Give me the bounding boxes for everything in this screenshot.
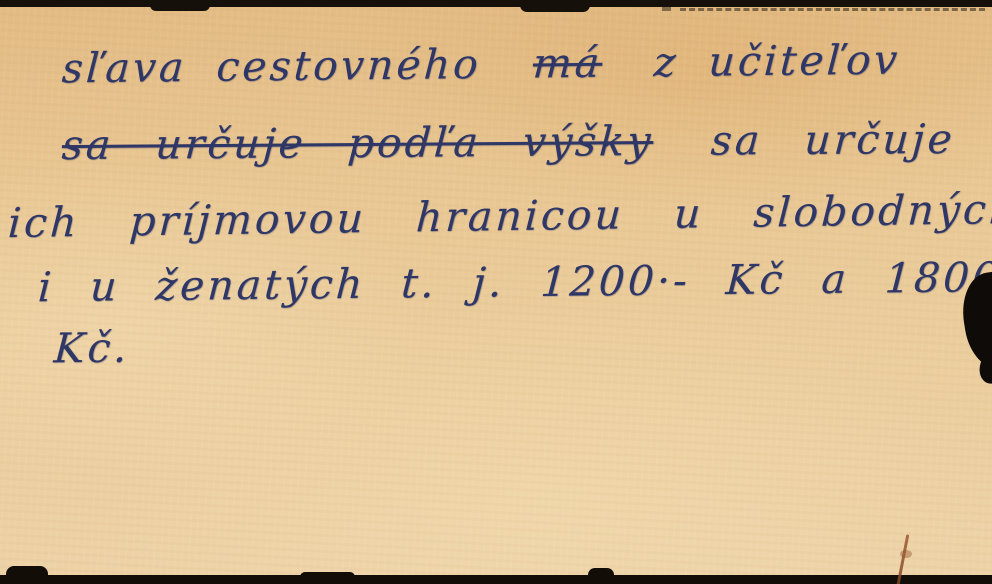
scan-edge-bottom-bump (588, 568, 614, 577)
scan-edge-top-bump (520, 3, 590, 12)
perforation-dashed-line (680, 8, 985, 11)
handwritten-line-1: sľava cestovného má z učiteľov (62, 36, 901, 93)
scan-edge-bottom-bump (6, 566, 48, 578)
handwritten-text-struck: má (531, 39, 603, 88)
handwritten-text-struck: sa určuje podľa výšky (61, 117, 655, 169)
handwritten-line-4: i u ženatých t. j. 1200·- Kč a 1800·- (38, 253, 992, 311)
scan-edge-top (0, 0, 992, 7)
scan-edge-bottom (0, 575, 992, 584)
handwritten-text: Kč. (53, 324, 132, 373)
scan-edge-top-bump (150, 3, 210, 11)
scanned-card-image: sľava cestovného má z učiteľov sa určuje… (0, 0, 992, 584)
handwritten-line-2: sa určuje podľa výšky sa určuje (62, 115, 956, 169)
handwritten-text: sľava cestovného (61, 40, 483, 92)
perforation-dash (662, 7, 671, 11)
handwritten-text: sa určuje (710, 115, 957, 165)
handwritten-text: z učiteľov (653, 36, 902, 87)
scan-edge-bottom-bump (300, 572, 355, 578)
handwritten-text: i u ženatých t. j. 1200·- Kč a 1800·- (37, 253, 992, 311)
paper-crease-smudge (900, 550, 912, 558)
handwritten-line-5: Kč. (54, 324, 130, 373)
